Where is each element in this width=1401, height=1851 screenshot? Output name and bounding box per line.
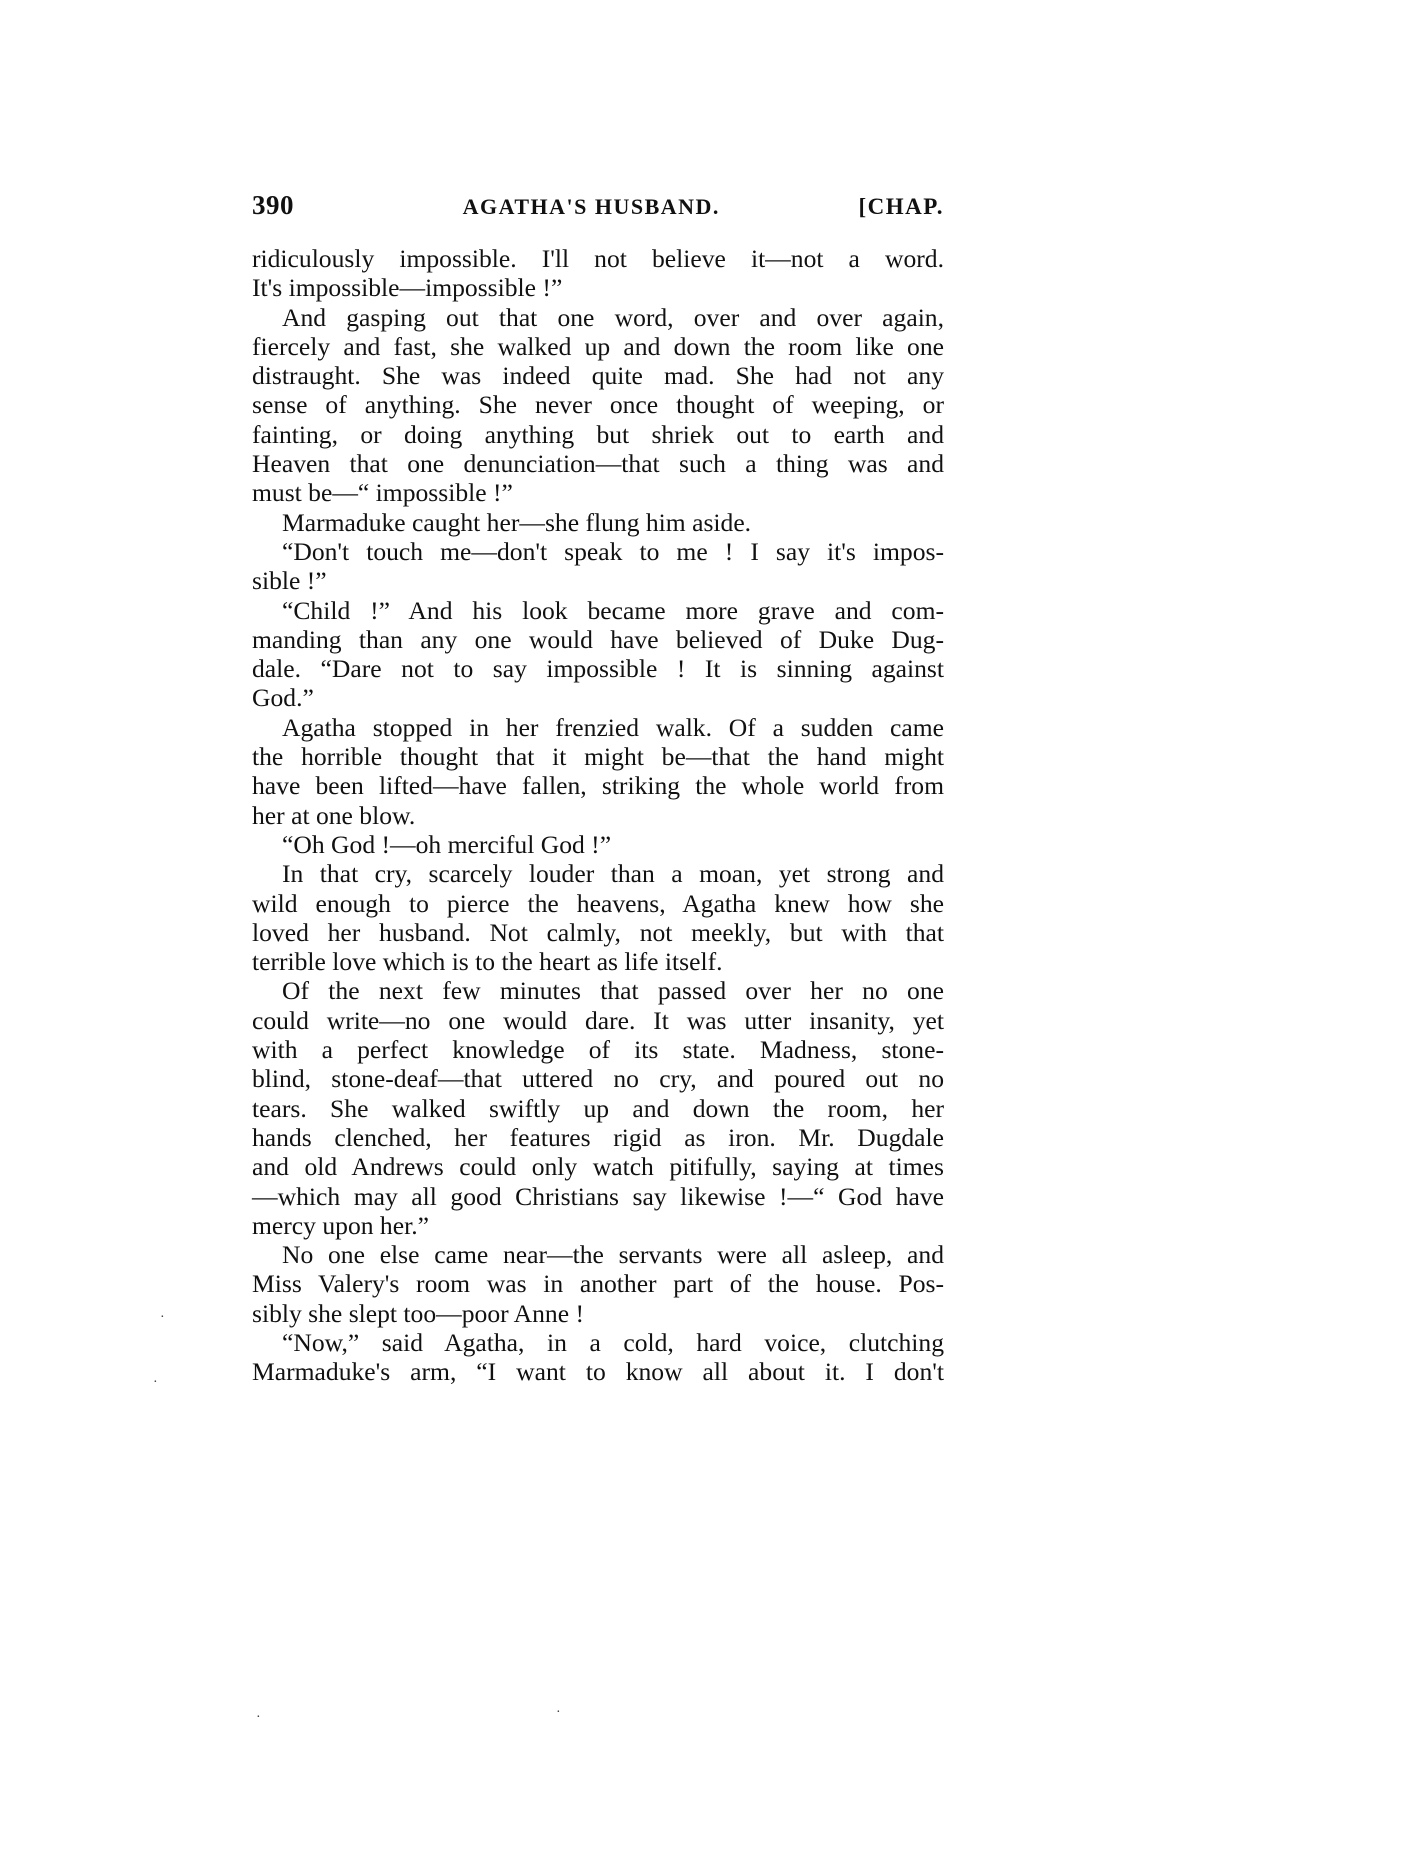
text-line: “Now,” said Agatha, in a cold, hard voic… <box>252 1328 944 1357</box>
text-line: sible !” <box>252 566 944 595</box>
text-line: Marmaduke caught her—she flung him aside… <box>252 508 944 537</box>
text-line: mercy upon her.” <box>252 1211 944 1240</box>
text-line: God.” <box>252 683 944 712</box>
text-line: “Don't touch me—don't speak to me ! I sa… <box>252 537 944 566</box>
text-line: tears. She walked swiftly up and down th… <box>252 1094 944 1123</box>
text-line: hands clenched, her features rigid as ir… <box>252 1123 944 1152</box>
scan-speck: · <box>160 1310 165 1326</box>
text-line: Heaven that one denunciation—that such a… <box>252 449 944 478</box>
text-line: And gasping out that one word, over and … <box>252 303 944 332</box>
text-line: could write—no one would dare. It was ut… <box>252 1006 944 1035</box>
text-line: fainting, or doing anything but shriek o… <box>252 420 944 449</box>
text-line: ridiculously impossible. I'll not believ… <box>252 244 944 273</box>
text-line: her at one blow. <box>252 801 944 830</box>
text-line: must be—“ impossible !” <box>252 478 944 507</box>
text-line: —which may all good Christians say likew… <box>252 1182 944 1211</box>
chapter-marker: [CHAP. <box>859 194 944 220</box>
text-line: manding than any one would have believed… <box>252 625 944 654</box>
text-line: loved her husband. Not calmly, not meekl… <box>252 918 944 947</box>
running-title: AGATHA'S HUSBAND. <box>463 194 720 220</box>
page-number: 390 <box>252 190 294 221</box>
text-line: sibly she slept too—poor Anne ! <box>252 1299 944 1328</box>
scan-speck: · <box>556 1705 561 1721</box>
text-line: fiercely and fast, she walked up and dow… <box>252 332 944 361</box>
text-line: No one else came near—the servants were … <box>252 1240 944 1269</box>
text-line: blind, stone-deaf—that uttered no cry, a… <box>252 1064 944 1093</box>
text-line: wild enough to pierce the heavens, Agath… <box>252 889 944 918</box>
text-line: dale. “Dare not to say impossible ! It i… <box>252 654 944 683</box>
text-line: Miss Valery's room was in another part o… <box>252 1269 944 1298</box>
text-line: terrible love which is to the heart as l… <box>252 947 944 976</box>
text-line: Agatha stopped in her frenzied walk. Of … <box>252 713 944 742</box>
book-page: 390 AGATHA'S HUSBAND. [CHAP. ridiculousl… <box>252 190 944 1387</box>
text-line: and old Andrews could only watch pitiful… <box>252 1152 944 1181</box>
text-line: Of the next few minutes that passed over… <box>252 976 944 1005</box>
scan-speck: · <box>256 1710 261 1726</box>
body-text: ridiculously impossible. I'll not believ… <box>252 244 944 1387</box>
scan-speck: · <box>153 1375 158 1391</box>
text-line: “Child !” And his look became more grave… <box>252 596 944 625</box>
text-line: It's impossible—impossible !” <box>252 273 944 302</box>
text-line: sense of anything. She never once though… <box>252 390 944 419</box>
text-line: “Oh God !—oh merciful God !” <box>252 830 944 859</box>
text-line: In that cry, scarcely louder than a moan… <box>252 859 944 888</box>
text-line: the horrible thought that it might be—th… <box>252 742 944 771</box>
text-line: distraught. She was indeed quite mad. Sh… <box>252 361 944 390</box>
text-line: have been lifted—have fallen, striking t… <box>252 771 944 800</box>
running-header: 390 AGATHA'S HUSBAND. [CHAP. <box>252 190 944 230</box>
text-line: with a perfect knowledge of its state. M… <box>252 1035 944 1064</box>
text-line: Marmaduke's arm, “I want to know all abo… <box>252 1357 944 1386</box>
